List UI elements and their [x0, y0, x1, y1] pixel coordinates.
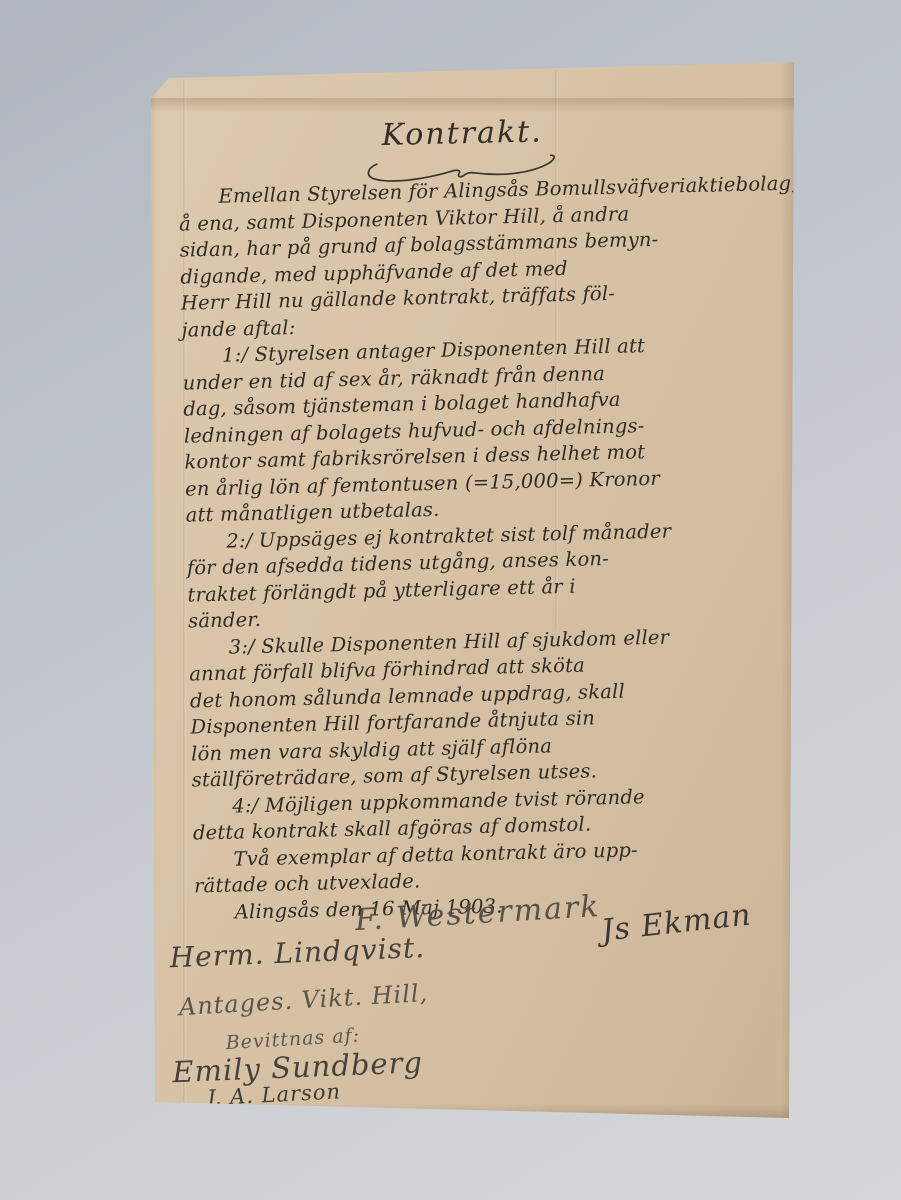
document-paper: Kontrakt. Emellan Styrelsen för Alingsås…	[145, 60, 795, 1122]
photo-backdrop: Kontrakt. Emellan Styrelsen för Alingsås…	[0, 0, 901, 1200]
document-content: Kontrakt. Emellan Styrelsen för Alingsås…	[136, 53, 810, 1129]
signature-antages-hill: Antages. Vikt. Hill,	[178, 979, 429, 1021]
contract-body: Emellan Styrelsen för Alingsås Bomullsvä…	[178, 171, 787, 926]
signature-larson: J. A. Larson	[206, 1079, 341, 1110]
signature-lindqvist: Herm. Lindqvist.	[169, 931, 426, 974]
document-title: Kontrakt.	[137, 109, 788, 159]
